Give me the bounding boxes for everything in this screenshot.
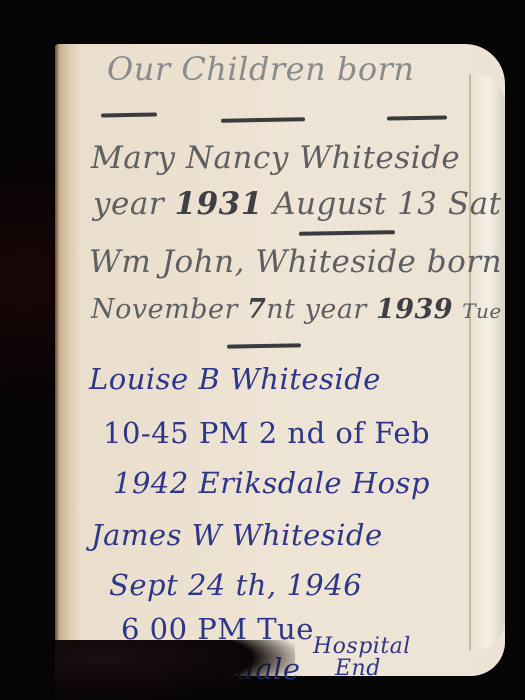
- entry-4-name: James W Whiteside: [91, 518, 383, 552]
- entry-4-date: Sept 24 th, 1946: [109, 568, 362, 602]
- notebook-page-edge: [469, 74, 505, 650]
- month-underline: [299, 230, 395, 236]
- entry-3-name: Louise B Whiteside: [89, 362, 381, 396]
- birth-year: 1931: [175, 186, 263, 222]
- birth-weekday: Tue: [462, 299, 502, 323]
- entry-3-time-date: 10-45 PM 2 nd of Feb: [103, 416, 430, 450]
- notebook-page: Our Children born Mary Nancy Whiteside y…: [55, 44, 505, 676]
- entry-3-year-place: 1942 Eriksdale Hosp: [113, 466, 430, 500]
- birth-day: 13 Sat: [397, 186, 501, 222]
- day-underline: [227, 343, 301, 348]
- shadow: [55, 640, 295, 700]
- year-label: nt year: [266, 294, 367, 325]
- birth-year: 1939: [376, 294, 453, 325]
- birth-month: August: [273, 186, 387, 222]
- title-underline: [101, 113, 157, 118]
- entry-1-date: year 1931 August 13 Sat: [93, 186, 502, 222]
- end-marker: End: [335, 656, 381, 681]
- entry-1-name: Mary Nancy Whiteside: [91, 140, 460, 176]
- title-underline: [221, 117, 305, 122]
- title-underline: [387, 115, 447, 120]
- birth-month: November: [91, 294, 238, 325]
- notebook-spine-edge: [55, 44, 81, 676]
- entry-2-name: Wm John, Whiteside born: [89, 244, 502, 280]
- birth-day: 7: [247, 294, 266, 325]
- entry-2-date: November 7nt year 1939 Tue: [91, 294, 502, 325]
- page-title: Our Children born: [107, 50, 415, 88]
- year-label: year: [93, 186, 164, 222]
